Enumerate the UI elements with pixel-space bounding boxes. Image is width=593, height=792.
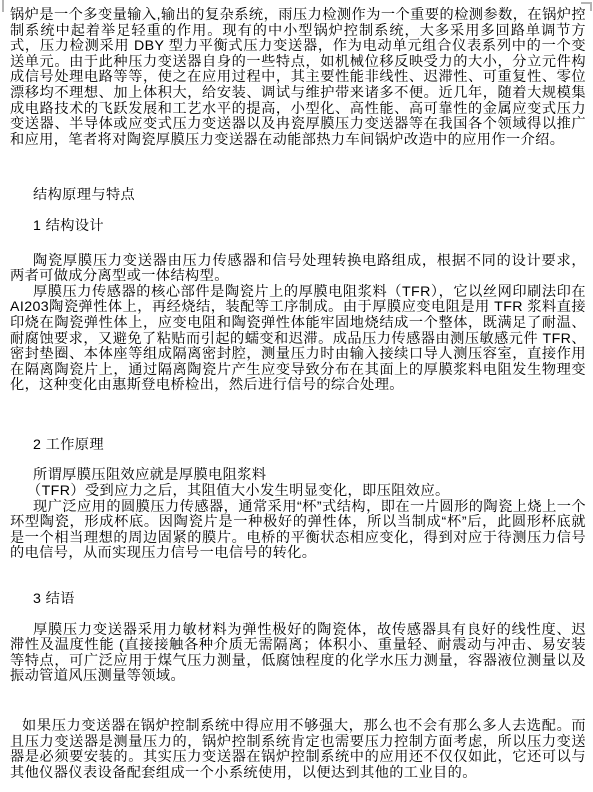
heading-conclusion: 3 结语 — [10, 592, 586, 608]
heading-working-principle: 2 工作原理 — [10, 438, 586, 454]
paragraph-sensor-composition: 陶瓷厚膜压力变送器由压力传感器和信号处理转换电路组成，根据不同的设计要求，两者可… — [10, 254, 586, 285]
paragraph-cup-structure: 现广泛应用的圆膜压力传感器，通常采用“杯”式结构，即在一片圆形的陶瓷上烧上一个环… — [10, 500, 586, 562]
document-page: 锅炉是一个多变量输入,输出的复杂系统，雨压力检测作为一个重要的检测参数，在锅炉控… — [10, 2, 586, 781]
intro-paragraph: 锅炉是一个多变量输入,输出的复杂系统，雨压力检测作为一个重要的检测参数，在锅炉控… — [10, 8, 586, 148]
heading-structure-design: 1 结构设计 — [10, 219, 586, 235]
paragraph-tfr-stress-effect: （TFR）受到应力之后，其阻值大小发生明显变化，即压阻效应。 — [10, 484, 586, 500]
scan-artifact-top-left — [2, 0, 4, 12]
paragraph-tfr-core-component: 厚膜压力传感器的核心部件是陶瓷片上的厚膜电阻浆料（TFR），它以丝网印刷法印在A… — [10, 285, 586, 394]
paragraph-advantages: 厚膜压力变送器采用力敏材料为弹性极好的陶瓷体，故传感器具有良好的线性度、迟滞性及… — [10, 623, 586, 685]
paragraph-piezoresistive-intro: 所谓厚膜压阻效应就是厚膜电阻浆料 — [10, 468, 586, 484]
heading-structure-and-features: 结构原理与特点 — [10, 188, 586, 204]
paragraph-closing-remarks: 如果压力变送器在锅炉控制系统中得应用不够强大，那么也不会有那么多人去选配。而且压… — [10, 719, 586, 781]
